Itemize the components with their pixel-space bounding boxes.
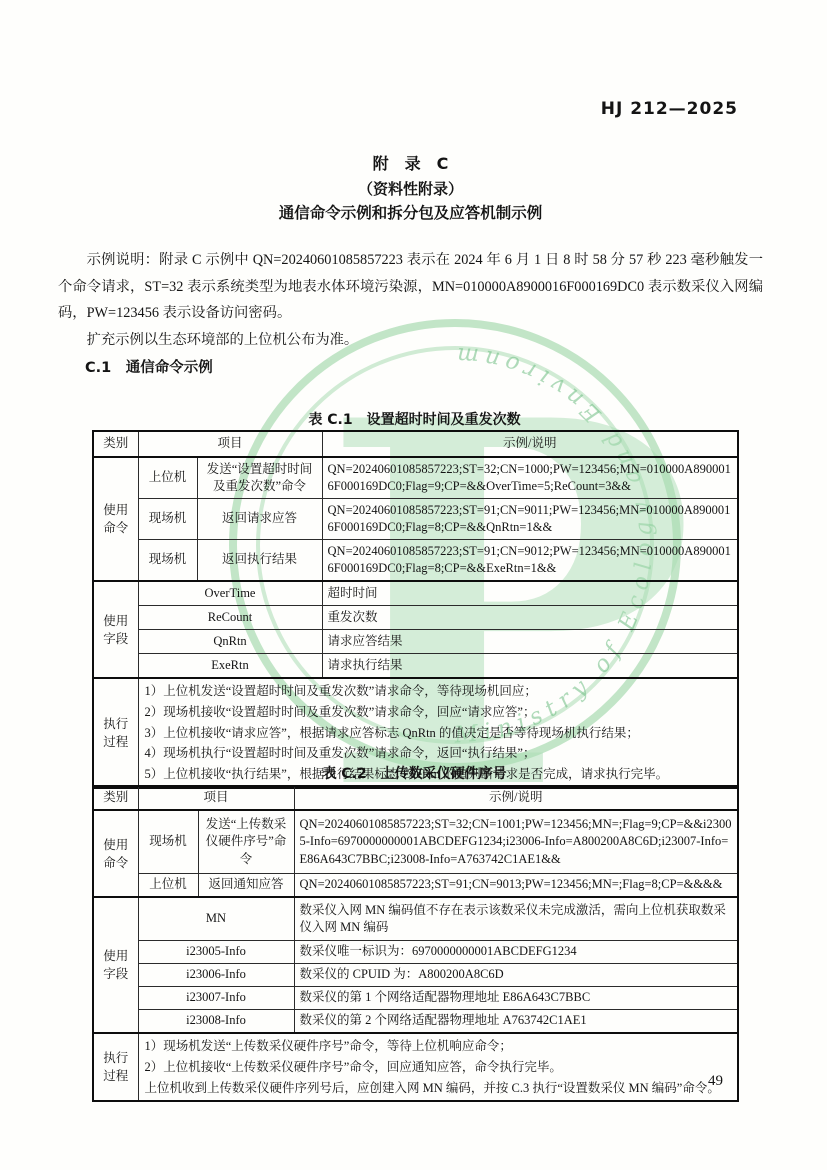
field-cell: OverTime xyxy=(138,581,322,606)
table-row: QnRtn 请求应答结果 xyxy=(93,630,738,654)
process-cell: 1）现场机发送“上传数采仪硬件序号”命令，等待上位机响应命令； 2）上位机接收“… xyxy=(138,1033,738,1101)
category-cell: 执行过程 xyxy=(93,1033,138,1101)
actor-cell: 现场机 xyxy=(138,810,198,874)
header-item: 项目 xyxy=(138,431,322,457)
example-cell: QN=20240601085857223;ST=91;CN=9012;PW=12… xyxy=(322,540,738,582)
field-cell: i23005-Info xyxy=(138,941,294,964)
header-example: 示例/说明 xyxy=(322,431,738,457)
header-example: 示例/说明 xyxy=(294,786,738,810)
field-desc-cell: 数采仪的第 2 个网络适配器物理地址 A763742C1AE1 xyxy=(294,1010,738,1034)
field-desc-cell: 请求应答结果 xyxy=(322,630,738,654)
intro-paragraph-1: 示例说明：附录 C 示例中 QN=20240601085857223 表示在 2… xyxy=(58,247,763,327)
process-line: 1）现场机发送“上传数采仪硬件序号”命令，等待上位机响应命令； xyxy=(145,1036,732,1057)
table-row: 使用命令 上位机 发送“设置超时时间及重发次数”命令 QN=2024060108… xyxy=(93,457,738,499)
table-row: 现场机 返回执行结果 QN=20240601085857223;ST=91;CN… xyxy=(93,540,738,582)
example-cell: QN=20240601085857223;ST=91;CN=9011;PW=12… xyxy=(322,499,738,540)
process-line: 1）上位机发送“设置超时时间及重发次数”请求命令，等待现场机回应； xyxy=(145,681,732,702)
table-row: i23007-Info 数采仪的第 1 个网络适配器物理地址 E86A643C7… xyxy=(93,987,738,1010)
field-cell: ExeRtn xyxy=(138,654,322,679)
table-row: i23006-Info 数采仪的 CPUID 为：A800200A8C6D xyxy=(93,964,738,987)
table-row: 上位机 返回通知应答 QN=20240601085857223;ST=91;CN… xyxy=(93,874,738,898)
header-category: 类别 xyxy=(93,431,138,457)
intro-paragraph-2: 扩充示例以生态环境部的上位机公布为准。 xyxy=(58,327,763,354)
table-row: i23005-Info 数采仪唯一标识为：6970000000001ABCDEF… xyxy=(93,941,738,964)
item-cell: 返回执行结果 xyxy=(197,540,322,582)
category-cell: 使用命令 xyxy=(93,810,138,897)
table-c1: 类别 项目 示例/说明 使用命令 上位机 发送“设置超时时间及重发次数”命令 Q… xyxy=(92,430,739,789)
field-desc-cell: 重发次数 xyxy=(322,606,738,630)
process-line: 2）现场机接收“设置超时时间及重发次数”请求命令，回应“请求应答”； xyxy=(145,702,732,723)
field-cell: QnRtn xyxy=(138,630,322,654)
process-line: 2）上位机接收“上传数采仪硬件序号”命令，回应通知应答，命令执行完毕。 xyxy=(145,1057,732,1078)
actor-cell: 现场机 xyxy=(138,540,197,582)
process-line: 上位机收到上传数采仪硬件序列号后，应创建入网 MN 编码，并按 C.3 执行“设… xyxy=(145,1078,732,1099)
table-c2: 类别 项目 示例/说明 使用命令 现场机 发送“上传数采仪硬件序号”命令 QN=… xyxy=(92,785,739,1102)
table-row: 使用字段 MN 数采仪入网 MN 编码值不存在表示该数采仪未完成激活，需向上位机… xyxy=(93,897,738,941)
table-header-row: 类别 项目 示例/说明 xyxy=(93,431,738,457)
header-category: 类别 xyxy=(93,786,138,810)
process-line: 4）现场机执行“设置超时时间及重发次数”请求命令，返回“执行结果”； xyxy=(145,743,732,764)
item-cell: 发送“设置超时时间及重发次数”命令 xyxy=(197,457,322,499)
field-cell: ReCount xyxy=(138,606,322,630)
table-c1-caption: 表 C.1 设置超时时间及重发次数 xyxy=(92,409,737,429)
field-desc-cell: 数采仪入网 MN 编码值不存在表示该数采仪未完成激活，需向上位机获取数采仪入网 … xyxy=(294,897,738,941)
item-cell: 发送“上传数采仪硬件序号”命令 xyxy=(198,810,294,874)
field-cell: MN xyxy=(138,897,294,941)
table-header-row: 类别 项目 示例/说明 xyxy=(93,786,738,810)
field-desc-cell: 请求执行结果 xyxy=(322,654,738,679)
actor-cell: 上位机 xyxy=(138,457,197,499)
table-row: i23008-Info 数采仪的第 2 个网络适配器物理地址 A763742C1… xyxy=(93,1010,738,1034)
table-row: ReCount 重发次数 xyxy=(93,606,738,630)
field-desc-cell: 数采仪唯一标识为：6970000000001ABCDEFG1234 xyxy=(294,941,738,964)
category-cell: 使用命令 xyxy=(93,457,138,581)
field-desc-cell: 数采仪的 CPUID 为：A800200A8C6D xyxy=(294,964,738,987)
appendix-name: 通信命令示例和拆分包及应答机制示例 xyxy=(58,201,763,223)
table-row: 执行过程 1）现场机发送“上传数采仪硬件序号”命令，等待上位机响应命令； 2）上… xyxy=(93,1033,738,1101)
field-cell: i23008-Info xyxy=(138,1010,294,1034)
field-desc-cell: 超时时间 xyxy=(322,581,738,606)
doc-code: HJ 212—2025 xyxy=(601,99,738,119)
section-heading-c1: C.1 通信命令示例 xyxy=(85,356,213,377)
appendix-subtitle: （资料性附录） xyxy=(58,178,763,199)
intro-block: 示例说明：附录 C 示例中 QN=20240601085857223 表示在 2… xyxy=(58,247,763,353)
table-row: 使用命令 现场机 发送“上传数采仪硬件序号”命令 QN=202406010858… xyxy=(93,810,738,874)
actor-cell: 上位机 xyxy=(138,874,198,898)
page-number: 49 xyxy=(708,1073,723,1090)
table-c2-caption: 表 C.2 上传数采仪硬件序号 xyxy=(92,763,737,783)
example-cell: QN=20240601085857223;ST=32;CN=1000;PW=12… xyxy=(322,457,738,499)
actor-cell: 现场机 xyxy=(138,499,197,540)
header-item: 项目 xyxy=(138,786,294,810)
table-row: ExeRtn 请求执行结果 xyxy=(93,654,738,679)
document-page: Ministry of Ecology and Environment P HJ… xyxy=(0,0,827,1170)
field-cell: i23006-Info xyxy=(138,964,294,987)
item-cell: 返回通知应答 xyxy=(198,874,294,898)
appendix-title: 附 录 C xyxy=(58,151,763,174)
category-cell: 使用字段 xyxy=(93,897,138,1033)
item-cell: 返回请求应答 xyxy=(197,499,322,540)
process-line: 3）上位机接收“请求应答”，根据请求应答标志 QnRtn 的值决定是否等待现场机… xyxy=(145,723,732,744)
table-row: 现场机 返回请求应答 QN=20240601085857223;ST=91;CN… xyxy=(93,499,738,540)
category-cell: 使用字段 xyxy=(93,581,138,678)
example-cell: QN=20240601085857223;ST=91;CN=9013;PW=12… xyxy=(294,874,738,898)
field-desc-cell: 数采仪的第 1 个网络适配器物理地址 E86A643C7BBC xyxy=(294,987,738,1010)
field-cell: i23007-Info xyxy=(138,987,294,1010)
table-row: 使用字段 OverTime 超时时间 xyxy=(93,581,738,606)
example-cell: QN=20240601085857223;ST=32;CN=1001;PW=12… xyxy=(294,810,738,874)
